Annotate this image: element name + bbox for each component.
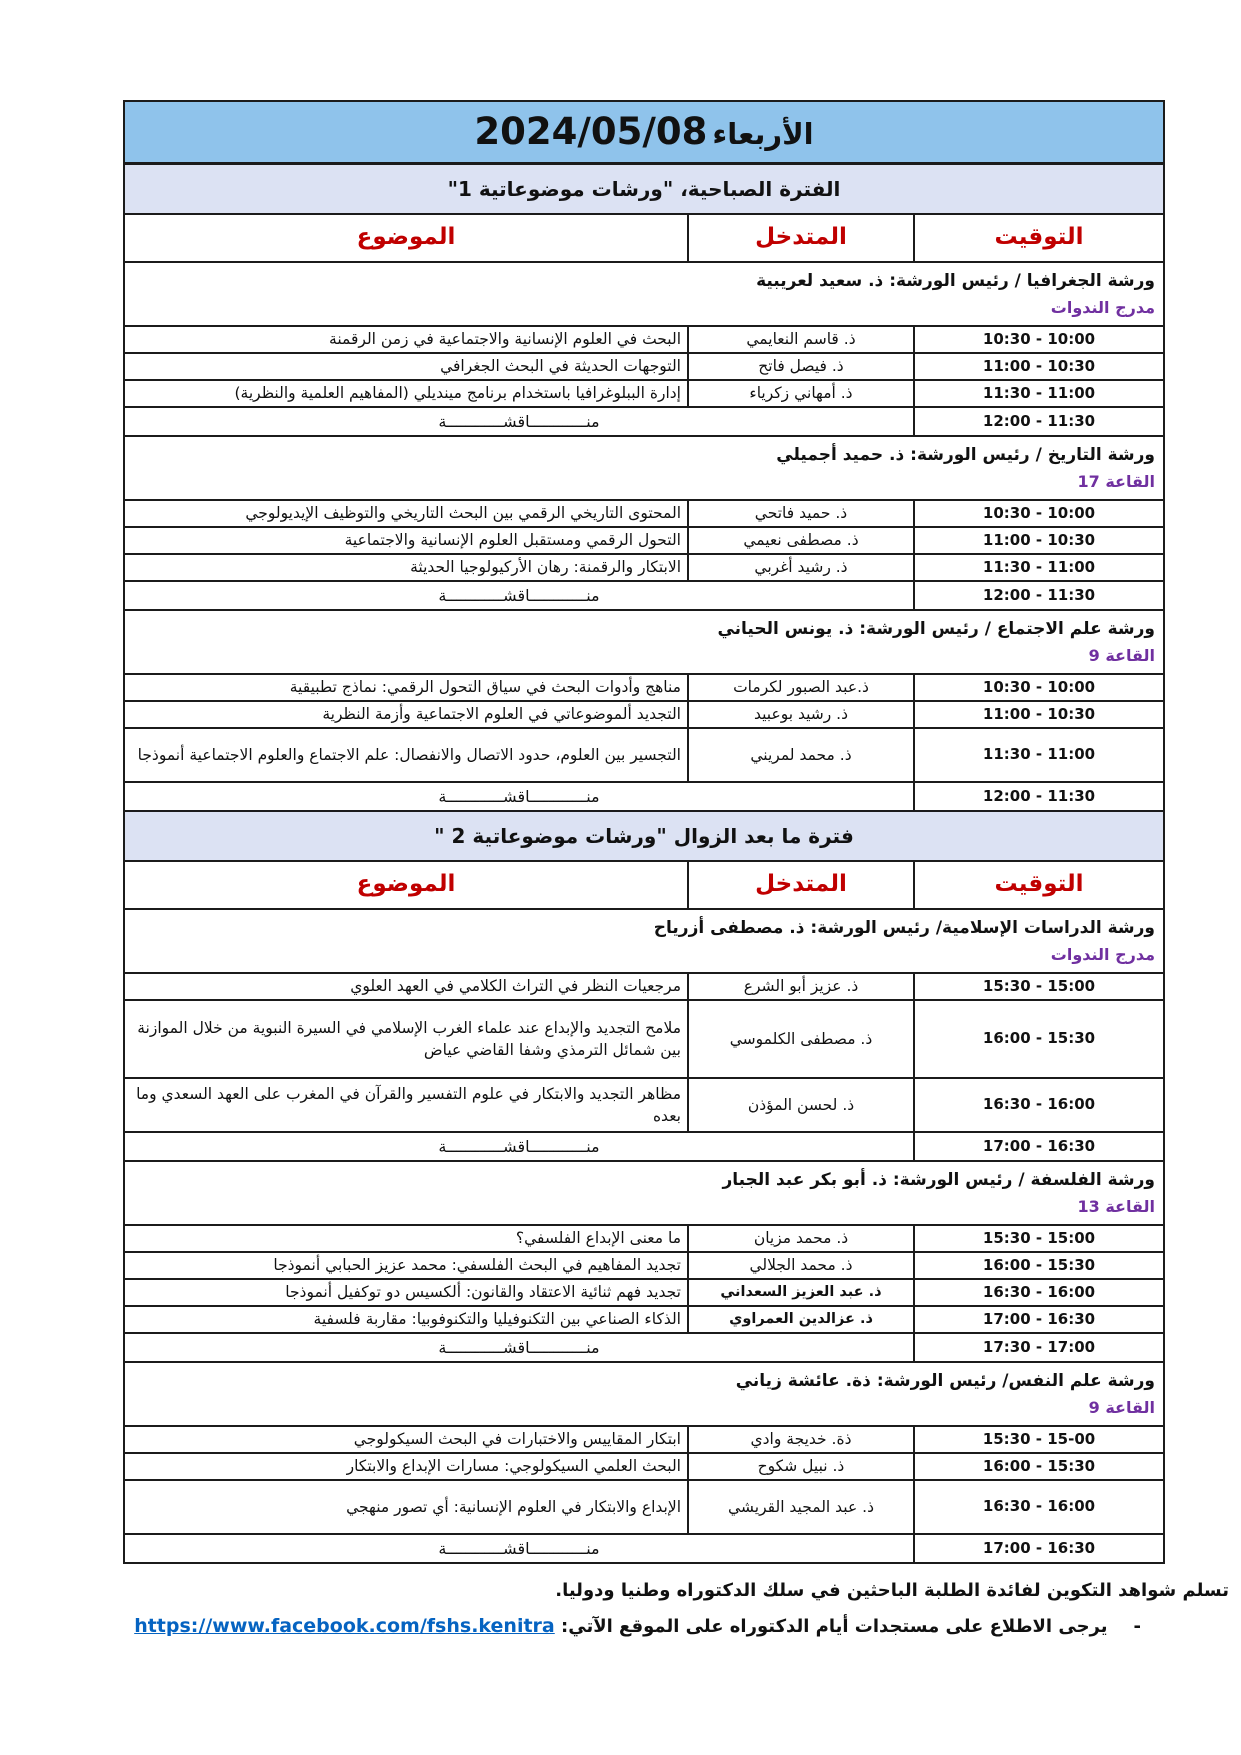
workshop-room-label: مدرج الندوات xyxy=(131,296,1155,319)
time-cell: 11:30 - 12:00 xyxy=(914,581,1164,610)
speaker-cell: ذ. عبد العزيز السعداني xyxy=(688,1279,914,1306)
topic-cell: إدارة الببلوغرافيا باستخدام برنامج ميندي… xyxy=(124,380,688,407)
topic-cell: الإبداع والابتكار في العلوم الإنسانية: أ… xyxy=(124,1480,688,1534)
discussion-label: منــــــــــــاقشــــــــــــة xyxy=(124,1132,914,1161)
topic-cell: الابتكار والرقمنة: رهان الأركيولوجيا الح… xyxy=(124,554,688,581)
topic-cell: البحث العلمي السيكولوجي: مسارات الإبداع … xyxy=(124,1453,688,1480)
topic-cell: مناهج وأدوات البحث في سياق التحول الرقمي… xyxy=(124,674,688,701)
workshop-header-row: ورشة الفلسفة / رئيس الورشة: ذ. أبو بكر ع… xyxy=(124,1161,1164,1225)
table-row: 11:00 - 11:30 ذ. رشيد أغربي الابتكار وال… xyxy=(124,554,1164,581)
column-header-speaker: المتدخل xyxy=(688,861,914,909)
time-cell: 10:30 - 11:00 xyxy=(914,353,1164,380)
speaker-cell: ذ. رشيد أغربي xyxy=(688,554,914,581)
time-cell: 10:30 - 11:00 xyxy=(914,527,1164,554)
speaker-cell: ذ. لحسن المؤذن xyxy=(688,1078,914,1132)
section-banner-label: فترة ما بعد الزوال "ورشات موضوعاتية 2 " xyxy=(124,811,1164,861)
table-row: 10:00 - 10:30 ذ.عبد الصبور لكرمات مناهج … xyxy=(124,674,1164,701)
speaker-cell: ذة. خديجة وادي xyxy=(688,1426,914,1453)
section-banner-label: الفترة الصباحية، "ورشات موضوعاتية 1" xyxy=(124,164,1164,215)
discussion-row: 11:30 - 12:00 منــــــــــــاقشـــــــــ… xyxy=(124,407,1164,436)
workshop-title: ورشة علم النفس/ رئيس الورشة: ذة. عائشة ز… xyxy=(131,1369,1155,1394)
workshop-title: ورشة الفلسفة / رئيس الورشة: ذ. أبو بكر ع… xyxy=(131,1168,1155,1193)
column-header-time: التوقيت xyxy=(914,214,1164,262)
time-cell: 15-00 - 15:30 xyxy=(914,1426,1164,1453)
workshop-room-label: القاعة 9 xyxy=(131,644,1155,667)
workshop-title: ورشة التاريخ / رئيس الورشة: ذ. حميد أجمي… xyxy=(131,443,1155,468)
speaker-cell: ذ. رشيد بوعبيد xyxy=(688,701,914,728)
table-row: 11:00 - 11:30 ذ. محمد لمريني التجسير بين… xyxy=(124,728,1164,782)
discussion-row: 16:30 - 17:00 منــــــــــــاقشـــــــــ… xyxy=(124,1132,1164,1161)
footer-info-line: -يرجى الاطلاع على مستجدات أيام الدكتوراه… xyxy=(0,1615,1241,1637)
column-header-row: التوقيت المتدخل الموضوع xyxy=(124,214,1164,262)
table-row: 15:30 - 16:00 ذ. محمد الجلالي تجديد المف… xyxy=(124,1252,1164,1279)
time-cell: 11:00 - 11:30 xyxy=(914,380,1164,407)
topic-cell: ملامح التجديد والإبداع عند علماء الغرب ا… xyxy=(124,1000,688,1078)
workshop-room-label: القاعة 13 xyxy=(131,1195,1155,1218)
table-row: 16:00 - 16:30 ذ. عبد العزيز السعداني تجد… xyxy=(124,1279,1164,1306)
workshop-header-row: ورشة الدراسات الإسلامية/ رئيس الورشة: ذ.… xyxy=(124,909,1164,973)
time-cell: 15:30 - 16:00 xyxy=(914,1252,1164,1279)
discussion-row: 11:30 - 12:00 منــــــــــــاقشـــــــــ… xyxy=(124,581,1164,610)
column-header-topic: الموضوع xyxy=(124,214,688,262)
discussion-label: منــــــــــــاقشــــــــــــة xyxy=(124,1534,914,1563)
time-cell: 11:30 - 12:00 xyxy=(914,782,1164,811)
time-cell: 16:00 - 16:30 xyxy=(914,1480,1164,1534)
time-cell: 15:00 - 15:30 xyxy=(914,1225,1164,1252)
time-cell: 10:00 - 10:30 xyxy=(914,500,1164,527)
time-cell: 16:30 - 17:00 xyxy=(914,1534,1164,1563)
date-title-row: الأربعاء 2024/05/08 xyxy=(124,101,1164,164)
column-header-topic: الموضوع xyxy=(124,861,688,909)
workshop-header-row: ورشة علم الاجتماع / رئيس الورشة: ذ. يونس… xyxy=(124,610,1164,674)
page-footer: تسلم شواهد التكوين لفائدة الطلبة الباحثي… xyxy=(0,1580,1241,1637)
speaker-cell: ذ. محمد لمريني xyxy=(688,728,914,782)
table-row: 10:30 - 11:00 ذ. رشيد بوعبيد التجديد ألم… xyxy=(124,701,1164,728)
dash-bullet: - xyxy=(1134,1616,1141,1637)
time-cell: 11:00 - 11:30 xyxy=(914,728,1164,782)
topic-cell: البحث في العلوم الإنسانية والاجتماعية في… xyxy=(124,326,688,353)
speaker-cell: ذ.عبد الصبور لكرمات xyxy=(688,674,914,701)
speaker-cell: ذ. عزالدين العمراوي xyxy=(688,1306,914,1333)
table-row: 15:00 - 15:30 ذ. عزيز أبو الشرع مرجعيات … xyxy=(124,973,1164,1000)
workshop-header-row: ورشة الجغرافيا / رئيس الورشة: ذ. سعيد لع… xyxy=(124,262,1164,326)
table-row: 10:30 - 11:00 ذ. فيصل فاتح التوجهات الحد… xyxy=(124,353,1164,380)
table-row: 11:00 - 11:30 ذ. أمهاني زكرياء إدارة الب… xyxy=(124,380,1164,407)
topic-cell: التجديد ألموضوعاتي في العلوم الاجتماعية … xyxy=(124,701,688,728)
discussion-label: منــــــــــــاقشــــــــــــة xyxy=(124,1333,914,1362)
topic-cell: التحول الرقمي ومستقبل العلوم الإنسانية و… xyxy=(124,527,688,554)
discussion-label: منــــــــــــاقشــــــــــــة xyxy=(124,782,914,811)
table-row: 15:30 - 16:00 ذ. مصطفى الكلموسي ملامح ال… xyxy=(124,1000,1164,1078)
discussion-row: 16:30 - 17:00 منــــــــــــاقشـــــــــ… xyxy=(124,1534,1164,1563)
date-label: 2024/05/08 xyxy=(474,110,707,153)
discussion-label: منــــــــــــاقشــــــــــــة xyxy=(124,407,914,436)
workshop-header-row: ورشة التاريخ / رئيس الورشة: ذ. حميد أجمي… xyxy=(124,436,1164,500)
workshop-title: ورشة الدراسات الإسلامية/ رئيس الورشة: ذ.… xyxy=(131,916,1155,941)
footer-note: تسلم شواهد التكوين لفائدة الطلبة الباحثي… xyxy=(0,1580,1241,1601)
table-row: 10:00 - 10:30 ذ. قاسم النعايمي البحث في … xyxy=(124,326,1164,353)
time-cell: 10:00 - 10:30 xyxy=(914,674,1164,701)
facebook-link[interactable]: https://www.facebook.com/fshs.kenitra xyxy=(134,1615,555,1637)
section-banner-morning: الفترة الصباحية، "ورشات موضوعاتية 1" xyxy=(124,164,1164,215)
time-cell: 11:00 - 11:30 xyxy=(914,554,1164,581)
weekday-label: الأربعاء xyxy=(712,117,813,151)
topic-cell: تجديد فهم ثنائية الاعتقاد والقانون: ألكس… xyxy=(124,1279,688,1306)
time-cell: 11:30 - 12:00 xyxy=(914,407,1164,436)
speaker-cell: ذ. قاسم النعايمي xyxy=(688,326,914,353)
table-row: 16:30 - 17:00 ذ. عزالدين العمراوي الذكاء… xyxy=(124,1306,1164,1333)
discussion-row: 11:30 - 12:00 منــــــــــــاقشـــــــــ… xyxy=(124,782,1164,811)
topic-cell: التوجهات الحديثة في البحث الجغرافي xyxy=(124,353,688,380)
time-cell: 16:30 - 17:00 xyxy=(914,1132,1164,1161)
table-row: 15:00 - 15:30 ذ. محمد مزيان ما معنى الإب… xyxy=(124,1225,1164,1252)
topic-cell: ابتكار المقاييس والاختبارات في البحث الس… xyxy=(124,1426,688,1453)
speaker-cell: ذ. محمد مزيان xyxy=(688,1225,914,1252)
topic-cell: ما معنى الإبداع الفلسفي؟ xyxy=(124,1225,688,1252)
topic-cell: مرجعيات النظر في التراث الكلامي في العهد… xyxy=(124,973,688,1000)
topic-cell: تجديد المفاهيم في البحث الفلسفي: محمد عز… xyxy=(124,1252,688,1279)
schedule-table: الأربعاء 2024/05/08 الفترة الصباحية، "ور… xyxy=(123,100,1165,1564)
table-row: 10:30 - 11:00 ذ. مصطفى نعيمي التحول الرق… xyxy=(124,527,1164,554)
time-cell: 16:00 - 16:30 xyxy=(914,1279,1164,1306)
time-cell: 15:30 - 16:00 xyxy=(914,1000,1164,1078)
discussion-row: 17:00 - 17:30 منــــــــــــاقشـــــــــ… xyxy=(124,1333,1164,1362)
table-row: 16:00 - 16:30 ذ. عبد المجيد القريشي الإب… xyxy=(124,1480,1164,1534)
speaker-cell: ذ. مصطفى نعيمي xyxy=(688,527,914,554)
table-row: 16:00 - 16:30 ذ. لحسن المؤذن مظاهر التجد… xyxy=(124,1078,1164,1132)
speaker-cell: ذ. أمهاني زكرياء xyxy=(688,380,914,407)
column-header-time: التوقيت xyxy=(914,861,1164,909)
topic-cell: الذكاء الصناعي بين التكنوفيليا والتكنوفو… xyxy=(124,1306,688,1333)
table-row: 15:30 - 16:00 ذ. نبيل شكوح البحث العلمي … xyxy=(124,1453,1164,1480)
speaker-cell: ذ. نبيل شكوح xyxy=(688,1453,914,1480)
discussion-label: منــــــــــــاقشــــــــــــة xyxy=(124,581,914,610)
table-row: 10:00 - 10:30 ذ. حميد فاتحي المحتوى التا… xyxy=(124,500,1164,527)
topic-cell: مظاهر التجديد والابتكار في علوم التفسير … xyxy=(124,1078,688,1132)
time-cell: 16:30 - 17:00 xyxy=(914,1306,1164,1333)
date-title-cell: الأربعاء 2024/05/08 xyxy=(124,101,1164,164)
time-cell: 10:30 - 11:00 xyxy=(914,701,1164,728)
time-cell: 16:00 - 16:30 xyxy=(914,1078,1164,1132)
time-cell: 15:30 - 16:00 xyxy=(914,1453,1164,1480)
time-cell: 10:00 - 10:30 xyxy=(914,326,1164,353)
workshop-room-label: القاعة 17 xyxy=(131,470,1155,493)
topic-cell: المحتوى التاريخي الرقمي بين البحث التاري… xyxy=(124,500,688,527)
workshop-title: ورشة الجغرافيا / رئيس الورشة: ذ. سعيد لع… xyxy=(131,269,1155,294)
workshop-room-label: القاعة 9 xyxy=(131,1396,1155,1419)
workshop-room-label: مدرج الندوات xyxy=(131,943,1155,966)
time-cell: 15:00 - 15:30 xyxy=(914,973,1164,1000)
document-page: الأربعاء 2024/05/08 الفترة الصباحية، "ور… xyxy=(0,0,1241,1755)
column-header-row: التوقيت المتدخل الموضوع xyxy=(124,861,1164,909)
speaker-cell: ذ. عزيز أبو الشرع xyxy=(688,973,914,1000)
speaker-cell: ذ. محمد الجلالي xyxy=(688,1252,914,1279)
speaker-cell: ذ. عبد المجيد القريشي xyxy=(688,1480,914,1534)
section-banner-afternoon: فترة ما بعد الزوال "ورشات موضوعاتية 2 " xyxy=(124,811,1164,861)
footer-info-text: يرجى الاطلاع على مستجدات أيام الدكتوراه … xyxy=(561,1616,1107,1637)
workshop-header-row: ورشة علم النفس/ رئيس الورشة: ذة. عائشة ز… xyxy=(124,1362,1164,1426)
table-row: 15-00 - 15:30 ذة. خديجة وادي ابتكار المق… xyxy=(124,1426,1164,1453)
workshop-title: ورشة علم الاجتماع / رئيس الورشة: ذ. يونس… xyxy=(131,617,1155,642)
column-header-speaker: المتدخل xyxy=(688,214,914,262)
speaker-cell: ذ. حميد فاتحي xyxy=(688,500,914,527)
speaker-cell: ذ. فيصل فاتح xyxy=(688,353,914,380)
time-cell: 17:00 - 17:30 xyxy=(914,1333,1164,1362)
topic-cell: التجسير بين العلوم، حدود الاتصال والانفص… xyxy=(124,728,688,782)
speaker-cell: ذ. مصطفى الكلموسي xyxy=(688,1000,914,1078)
